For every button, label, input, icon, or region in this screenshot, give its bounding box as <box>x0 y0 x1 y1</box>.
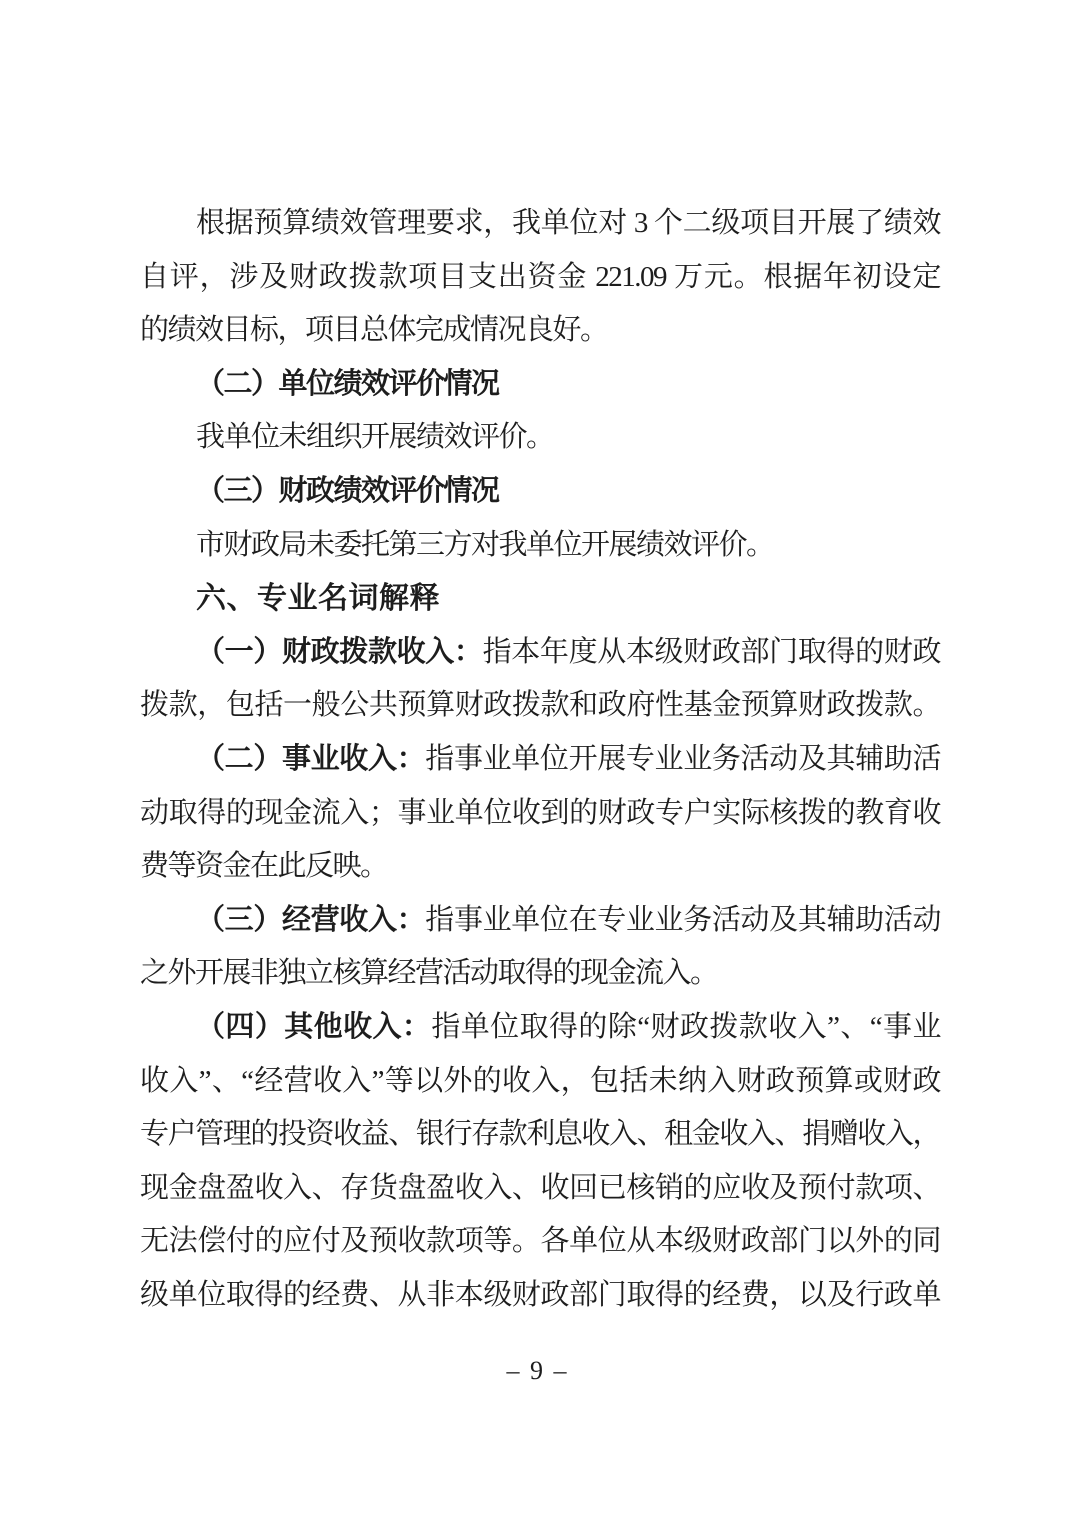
body-text-run: 的绩效目标，项目总体完成情况良好。 <box>140 314 608 346</box>
body-text-run: 拨款，包括一般公共预算财政拨款和政府性基金预算财政拨款。 <box>140 689 940 721</box>
body-text-run: 费等资金在此反映。 <box>140 850 388 882</box>
body-text-run: 指事业单位在专业业务活动及其辅助活动 <box>425 904 940 936</box>
text-line: 收入”、“经营收入”等以外的收入，包括未纳入财政预算或财政 <box>140 1055 940 1109</box>
text-line: 专户管理的投资收益、银行存款利息收入、租金收入、捐赠收入， <box>140 1108 940 1162</box>
body-text-run: 无法偿付的应付及预收款项等。各单位从本级财政部门以外的同 <box>140 1225 940 1257</box>
body-text-run: 指本年度从本级财政部门取得的财政 <box>483 636 940 668</box>
text-line: （二）单位绩效评价情况 <box>140 358 940 412</box>
text-line: （四）其他收入：指单位取得的除“财政拨款收入”、“事业 <box>140 1001 940 1055</box>
text-line: 市财政局未委托第三方对我单位开展绩效评价。 <box>140 519 940 573</box>
text-line: 我单位未组织开展绩效评价。 <box>140 411 940 465</box>
section-heading-text: 六、专业名词解释 <box>196 582 440 615</box>
body-text-run: 根据预算绩效管理要求，我单位对 3 个二级项目开展了绩效 <box>196 207 940 239</box>
body-text-run: 专户管理的投资收益、银行存款利息收入、租金收入、捐赠收入， <box>140 1118 940 1150</box>
text-line: 六、专业名词解释 <box>140 572 940 626</box>
term-lead-in-text: （四）其他收入： <box>196 1011 431 1043</box>
body-text-run: 自评，涉及财政拨款项目支出资金 221.09 万元。根据年初设定 <box>140 261 940 293</box>
term-lead-in-text: （二）事业收入： <box>196 743 425 775</box>
document-page: 根据预算绩效管理要求，我单位对 3 个二级项目开展了绩效自评，涉及财政拨款项目支… <box>0 0 1075 1520</box>
body-text: 根据预算绩效管理要求，我单位对 3 个二级项目开展了绩效自评，涉及财政拨款项目支… <box>140 197 940 1322</box>
body-text-run: 市财政局未委托第三方对我单位开展绩效评价。 <box>196 529 774 561</box>
text-line: 动取得的现金流入；事业单位收到的财政专户实际核拨的教育收 <box>140 787 940 841</box>
body-text-run: 之外开展非独立核算经营活动取得的现金流入。 <box>140 957 718 989</box>
body-text-run: 现金盘盈收入、存货盘盈收入、收回已核销的应收及预付款项、 <box>140 1172 940 1204</box>
body-text-run: 指事业单位开展专业业务活动及其辅助活 <box>425 743 940 775</box>
term-lead-in-text: （三）经营收入： <box>196 904 425 936</box>
text-line: 自评，涉及财政拨款项目支出资金 221.09 万元。根据年初设定 <box>140 251 940 305</box>
term-lead-in-text: （二）单位绩效评价情况 <box>196 368 499 400</box>
body-text-run: 指单位取得的除“财政拨款收入”、“事业 <box>431 1011 940 1043</box>
body-text-run: 动取得的现金流入；事业单位收到的财政专户实际核拨的教育收 <box>140 797 940 829</box>
text-line: 之外开展非独立核算经营活动取得的现金流入。 <box>140 947 940 1001</box>
body-text-run: 我单位未组织开展绩效评价。 <box>196 421 554 453</box>
text-line: 的绩效目标，项目总体完成情况良好。 <box>140 304 940 358</box>
text-line: 现金盘盈收入、存货盘盈收入、收回已核销的应收及预付款项、 <box>140 1162 940 1216</box>
text-line: 级单位取得的经费、从非本级财政部门取得的经费，以及行政单 <box>140 1269 940 1323</box>
body-text-run: 收入”、“经营收入”等以外的收入，包括未纳入财政预算或财政 <box>140 1065 940 1097</box>
text-line: （二）事业收入：指事业单位开展专业业务活动及其辅助活 <box>140 733 940 787</box>
text-line: 根据预算绩效管理要求，我单位对 3 个二级项目开展了绩效 <box>140 197 940 251</box>
body-text-run: 级单位取得的经费、从非本级财政部门取得的经费，以及行政单 <box>140 1279 940 1311</box>
text-line: 费等资金在此反映。 <box>140 840 940 894</box>
text-line: （一）财政拨款收入：指本年度从本级财政部门取得的财政 <box>140 626 940 680</box>
term-lead-in-text: （三）财政绩效评价情况 <box>196 475 499 507</box>
text-line: 无法偿付的应付及预收款项等。各单位从本级财政部门以外的同 <box>140 1215 940 1269</box>
page-number: – 9 – <box>0 1356 1075 1386</box>
text-line: （三）财政绩效评价情况 <box>140 465 940 519</box>
term-lead-in-text: （一）财政拨款收入： <box>196 636 483 668</box>
text-line: （三）经营收入：指事业单位在专业业务活动及其辅助活动 <box>140 894 940 948</box>
text-line: 拨款，包括一般公共预算财政拨款和政府性基金预算财政拨款。 <box>140 679 940 733</box>
